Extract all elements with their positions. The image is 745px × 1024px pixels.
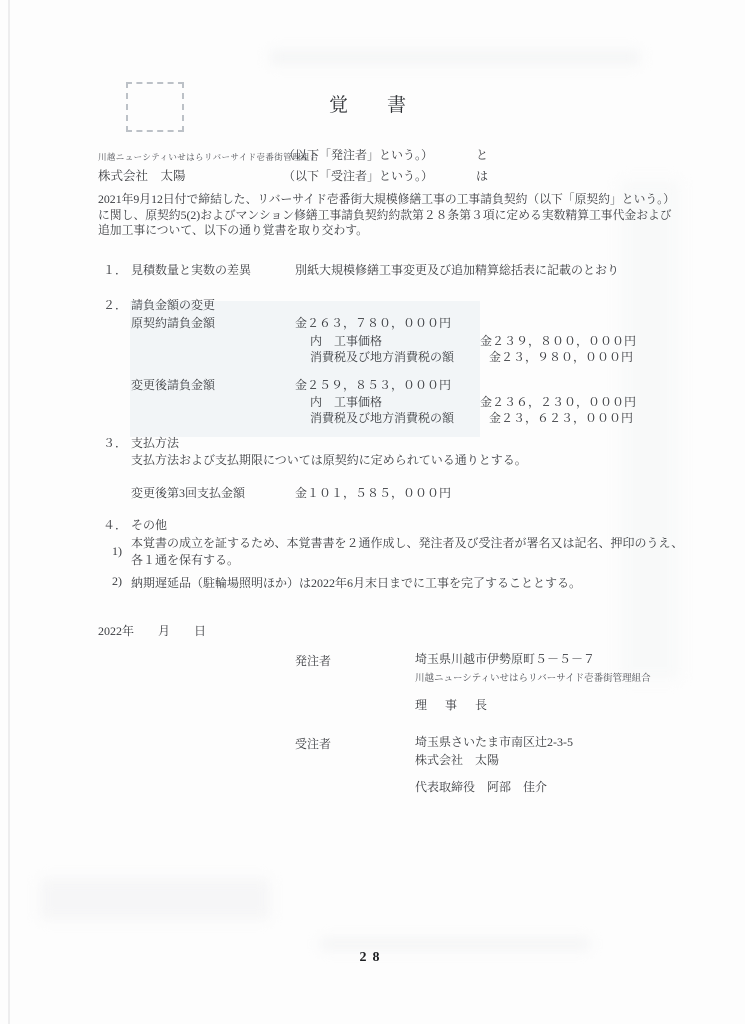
contractor-signatory-name: 代表取締役 阿部 佳介 <box>415 778 547 795</box>
contractor-organization: 株式会社 太陽 <box>415 751 499 768</box>
preamble-line-3: 追加工事について、以下の通り覚書を取り交わす。 <box>98 223 675 239</box>
item3-number: ３． <box>103 434 127 451</box>
orderer-signatory-title: 理 事 長 <box>415 696 490 713</box>
party1-designation: （以下「発注者」という。） <box>283 146 433 163</box>
scan-bleed-smudge <box>620 180 680 680</box>
date-line: 2022年 月 日 <box>98 622 206 639</box>
preamble-line-1: 2021年9月12日付で締結した、リバーサイド壱番街大規模修繕工事の工事請負契約… <box>98 192 675 208</box>
revised-tax-value: 金２３，６２３，０００円 <box>480 409 633 426</box>
revised-works-price-value: 金２３６，２３０，０００円 <box>480 393 633 410</box>
original-contract-amount-value: 金２６３，７８０，０００円 <box>295 314 451 331</box>
item4-sub1-text: 本覚書の成立を証するため、本覚書書を２通作成し、発注者及び受注者が署名又は記名、… <box>131 535 691 568</box>
item3-body-text: 支払方法および支払期限については原契約に定められている通りとする。 <box>131 451 527 468</box>
original-works-price-value: 金２３９，８００，０００円 <box>480 332 633 349</box>
item4-sub2-number: 2) <box>112 574 122 589</box>
orderer-organization: 川越ニューシティいせはらリバーサイド壱番街管理組合 <box>415 670 651 684</box>
third-payment-value: 金１０１，５８５，０００円 <box>295 484 451 501</box>
scan-edge-line <box>8 0 10 1024</box>
item4-label: その他 <box>131 516 167 533</box>
document-title: 覚 書 <box>0 90 745 117</box>
item1-label: 見積数量と実数の差異 <box>131 261 251 278</box>
item1-number: １． <box>103 261 127 278</box>
orderer-role-label: 発注者 <box>295 652 331 669</box>
item4-sub2-text: 納期遅延品（駐輪場照明ほか）は2022年6月末日までに工事を完了することとする。 <box>131 574 581 591</box>
orderer-address: 埼玉県川越市伊勢原町５－５－７ <box>415 650 595 667</box>
scan-bleed-smudge <box>40 878 270 920</box>
revised-contract-amount-label: 変更後請負金額 <box>131 376 215 393</box>
original-tax-label: 消費税及び地方消費税の額 <box>310 348 454 365</box>
party2-designation: （以下「受注者」という。） <box>283 167 433 184</box>
third-payment-label: 変更後第3回支払金額 <box>131 484 245 501</box>
contractor-role-label: 受注者 <box>295 735 331 752</box>
scan-bleed-smudge <box>320 938 590 950</box>
item4-sub1-line1: 本覚書の成立を証するため、本覚書書を２通作成し、発注者及び受注者が署名又は記名、… <box>131 535 691 552</box>
party1-conjunction: と <box>476 146 488 163</box>
scan-bleed-smudge <box>270 50 640 65</box>
original-works-price-label: 内 工事価格 <box>310 332 382 349</box>
page-number: 28 <box>0 950 745 966</box>
original-tax-value: 金２３，９８０，０００円 <box>480 348 633 365</box>
preamble-paragraph: 2021年9月12日付で締結した、リバーサイド壱番街大規模修繕工事の工事請負契約… <box>98 192 675 239</box>
item3-label: 支払方法 <box>131 434 179 451</box>
item1-value: 別紙大規模修繕工事変更及び追加精算総括表に記載のとおり <box>295 261 619 278</box>
party2-conjunction: は <box>476 167 488 184</box>
revised-works-price-label: 内 工事価格 <box>310 393 382 410</box>
preamble-line-2: に関し、原契約5(2)およびマンション修繕工事請負契約約款第２８条第３項に定める… <box>98 208 675 224</box>
item4-number: ４． <box>103 516 127 533</box>
contractor-address: 埼玉県さいたま市南区辻2-3-5 <box>415 733 573 750</box>
revised-contract-amount-value: 金２５９，８５３，０００円 <box>295 376 451 393</box>
item2-number: ２． <box>103 296 127 313</box>
item4-sub1-number: 1) <box>112 544 122 559</box>
item4-sub1-line2: 各１通を保有する。 <box>131 552 691 569</box>
scanned-memorandum-page: 覚 書 川越ニューシティいせはらリバーサイド壱番街管理組合 （以下「発注者」とい… <box>0 0 745 1024</box>
item2-label: 請負金額の変更 <box>131 296 215 313</box>
original-contract-amount-label: 原契約請負金額 <box>131 314 215 331</box>
revised-tax-label: 消費税及び地方消費税の額 <box>310 409 454 426</box>
party2-name: 株式会社 太陽 <box>98 166 186 184</box>
